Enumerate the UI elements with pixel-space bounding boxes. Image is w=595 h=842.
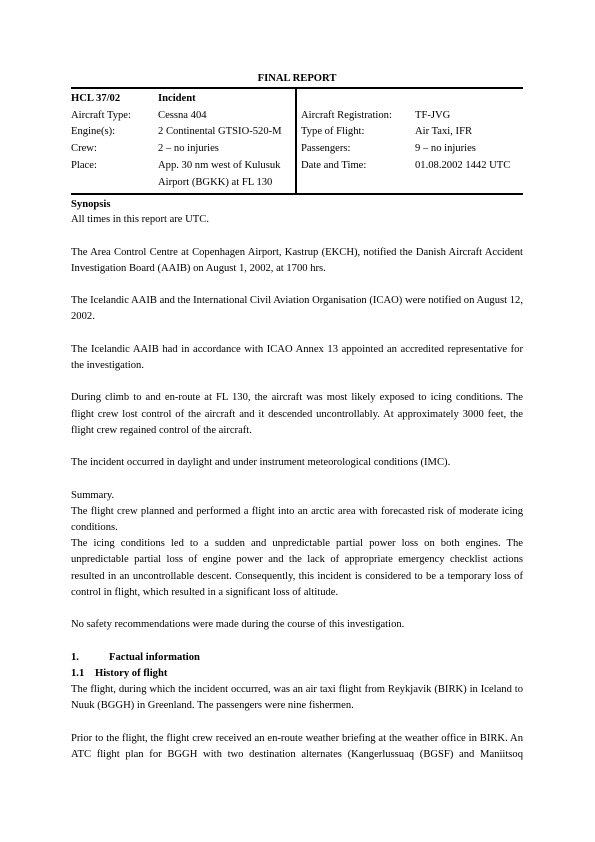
document-page: FINAL REPORT HCL 37/02 Incident Aircraft… (71, 72, 523, 763)
info-label: Aircraft Type: (71, 108, 158, 125)
paragraph: During climb to and en-route at FL 130, … (71, 390, 523, 439)
spacer (71, 471, 523, 487)
info-value: Air Taxi, IFR (415, 124, 523, 141)
info-row-passengers: Passengers: 9 – no injuries (301, 141, 523, 158)
info-value: App. 30 nm west of Kulusuk (158, 158, 295, 175)
info-row-engines: Engine(s): 2 Continental GTSIO-520-M (71, 124, 295, 141)
section-title: Factual information (109, 650, 200, 666)
info-column-right: Aircraft Registration: TF-JVG Type of Fl… (297, 89, 523, 193)
info-label: Aircraft Registration: (301, 108, 415, 125)
paragraph: No safety recommendations were made duri… (71, 617, 523, 633)
info-row-place-cont: Airport (BGKK) at FL 130 (71, 175, 295, 192)
info-label (71, 175, 158, 192)
spacer (71, 374, 523, 390)
section-heading: 1. Factual information (71, 650, 523, 666)
info-value: Cessna 404 (158, 108, 295, 125)
paragraph: The Icelandic AAIB had in accordance wit… (71, 342, 523, 374)
summary-label: Summary. (71, 488, 523, 504)
info-label: Passengers: (301, 141, 415, 158)
spacer (71, 601, 523, 617)
info-value: Airport (BGKK) at FL 130 (158, 175, 295, 192)
subsection-heading: 1.1 History of flight (71, 666, 523, 682)
paragraph: The flight, during which the incident oc… (71, 682, 523, 714)
info-label: Place: (71, 158, 158, 175)
info-value: 9 – no injuries (415, 141, 523, 158)
info-row-aircraft-type: Aircraft Type: Cessna 404 (71, 108, 295, 125)
report-title: FINAL REPORT (71, 72, 523, 87)
paragraph: Prior to the flight, the flight crew rec… (71, 731, 523, 763)
spacer (71, 326, 523, 342)
info-label: Crew: (71, 141, 158, 158)
synopsis-heading: Synopsis (71, 198, 523, 212)
subsection-number: 1.1 (71, 666, 95, 682)
spacer (71, 277, 523, 293)
info-row-registration: Aircraft Registration: TF-JVG (301, 108, 523, 125)
spacer (71, 633, 523, 649)
spacer (71, 228, 523, 244)
blank-row (301, 91, 523, 108)
spacer (71, 439, 523, 455)
case-number: HCL 37/02 (71, 91, 158, 108)
paragraph: The icing conditions led to a sudden and… (71, 536, 523, 601)
info-row-date-time: Date and Time: 01.08.2002 1442 UTC (301, 158, 523, 175)
info-label: Type of Flight: (301, 124, 415, 141)
info-row-case: HCL 37/02 Incident (71, 91, 295, 108)
info-value: 2 Continental GTSIO-520-M (158, 124, 295, 141)
info-label: Engine(s): (71, 124, 158, 141)
info-row-flight-type: Type of Flight: Air Taxi, IFR (301, 124, 523, 141)
info-value: 01.08.2002 1442 UTC (415, 158, 523, 175)
info-column-left: HCL 37/02 Incident Aircraft Type: Cessna… (71, 89, 297, 193)
section-number: 1. (71, 650, 109, 666)
paragraph: The Area Control Centre at Copenhagen Ai… (71, 245, 523, 277)
info-value: TF-JVG (415, 108, 523, 125)
subsection-title: History of flight (95, 666, 167, 682)
info-value: 2 – no injuries (158, 141, 295, 158)
paragraph: All times in this report are UTC. (71, 212, 523, 228)
occurrence-type: Incident (158, 91, 295, 108)
spacer (71, 714, 523, 730)
info-row-place: Place: App. 30 nm west of Kulusuk (71, 158, 295, 175)
paragraph: The Icelandic AAIB and the International… (71, 293, 523, 325)
paragraph: The incident occurred in daylight and un… (71, 455, 523, 471)
incident-info-table: HCL 37/02 Incident Aircraft Type: Cessna… (71, 87, 523, 195)
info-label: Date and Time: (301, 158, 415, 175)
info-row-crew: Crew: 2 – no injuries (71, 141, 295, 158)
paragraph: The flight crew planned and performed a … (71, 504, 523, 536)
